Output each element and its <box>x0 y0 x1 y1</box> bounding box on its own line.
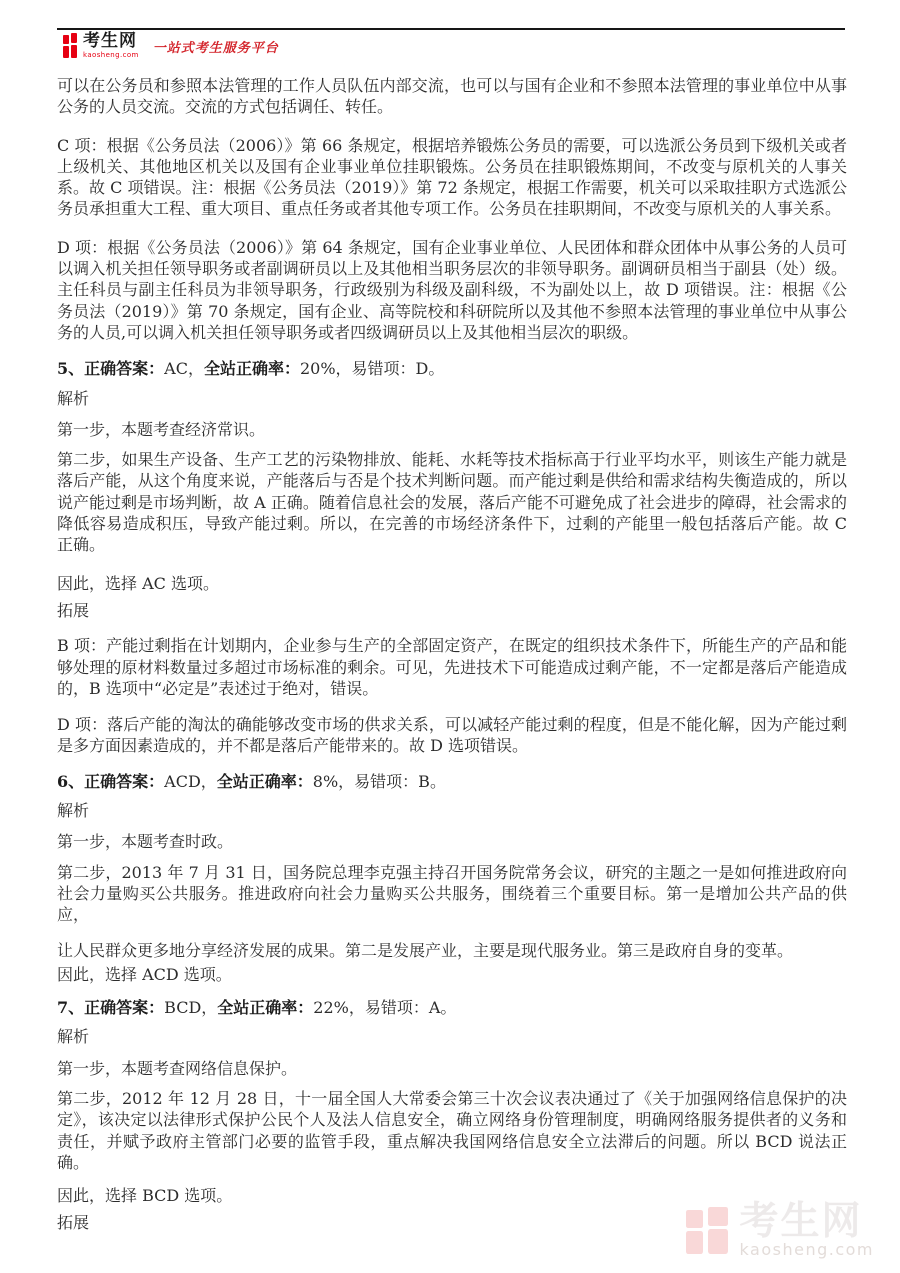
q6-answer-value: ACD， <box>164 772 217 791</box>
q6-rate-value: 8%，易错项：B。 <box>313 772 446 791</box>
q6-rate-label: 全站正确率： <box>217 772 313 791</box>
watermark-name: 考生网 <box>740 1204 874 1240</box>
q6-step1: 第一步，本题考查时政。 <box>57 831 847 852</box>
q7-step1: 第一步，本题考查网络信息保护。 <box>57 1058 847 1079</box>
header-divider <box>57 28 845 30</box>
kaosheng-watermark-logo-icon <box>686 1207 730 1257</box>
site-header: 考生网 kaosheng.com 一站式考生服务平台 <box>63 33 279 60</box>
q7-step2: 第二步，2012 年 12 月 28 日，十一届全国人大常委会第三十次会议表决通… <box>57 1088 847 1173</box>
q5-answer-line: 5、正确答案：AC，全站正确率：20%，易错项：D。 <box>57 358 847 379</box>
q7-rate-label: 全站正确率： <box>217 998 313 1017</box>
q5-rate-value: 20%，易错项：D。 <box>300 359 444 378</box>
q5-rate-label: 全站正确率： <box>204 359 300 378</box>
logo-tagline: 一站式考生服务平台 <box>153 42 279 56</box>
document-page: 考生网 kaosheng.com 一站式考生服务平台 可以在公务员和参照本法管理… <box>0 0 900 1273</box>
q6-answer-label: 6、正确答案： <box>57 772 164 791</box>
q5-answer-value: AC， <box>164 359 204 378</box>
q5-step2: 第二步，如果生产设备、生产工艺的污染物排放、能耗、水耗等技术指标高于行业平均水平… <box>57 449 847 555</box>
q6-step2: 第二步，2013 年 7 月 31 日，国务院总理李克强主持召开国务院常务会议，… <box>57 862 847 926</box>
q5-answer-label: 5、正确答案： <box>57 359 164 378</box>
q5-analysis-label: 解析 <box>57 388 847 409</box>
q7-answer-label: 7、正确答案： <box>57 998 164 1017</box>
logo-name: 考生网 <box>83 33 139 50</box>
q6-conclusion: 因此，选择 ACD 选项。 <box>57 964 847 985</box>
q7-analysis-label: 解析 <box>57 1026 847 1047</box>
document-body: 可以在公务员和参照本法管理的工作人员队伍内部交流，也可以与国有企业和不参照本法管… <box>57 62 847 1234</box>
q5-expand-item-b: B 项：产能过剩指在计划期内，企业参与生产的全部固定资产，在既定的组织技术条件下… <box>57 635 847 699</box>
q6-step2-continued: 让人民群众更多地分享经济发展的成果。第二是发展产业，主要是现代服务业。第三是政府… <box>57 940 847 961</box>
paragraph-item-c: C 项：根据《公务员法（2006）》第 66 条规定，根据培养锻炼公务员的需要，… <box>57 135 847 220</box>
q5-step1: 第一步，本题考查经济常识。 <box>57 419 847 440</box>
watermark-domain: kaosheng.com <box>740 1241 874 1259</box>
watermark-text: 考生网 kaosheng.com <box>740 1204 874 1259</box>
kaosheng-logo-icon <box>63 33 78 60</box>
q5-conclusion: 因此，选择 AC 选项。 <box>57 573 847 594</box>
q5-expand-label: 拓展 <box>57 600 847 621</box>
q7-rate-value: 22%，易错项：A。 <box>313 998 456 1017</box>
kaosheng-watermark: 考生网 kaosheng.com <box>686 1204 874 1259</box>
q6-answer-line: 6、正确答案：ACD，全站正确率：8%，易错项：B。 <box>57 771 847 792</box>
q6-analysis-label: 解析 <box>57 800 847 821</box>
paragraph-item-d: D 项：根据《公务员法（2006）》第 64 条规定，国有企业事业单位、人民团体… <box>57 237 847 343</box>
logo-text: 考生网 kaosheng.com <box>83 33 139 59</box>
paragraph-intro: 可以在公务员和参照本法管理的工作人员队伍内部交流，也可以与国有企业和不参照本法管… <box>57 75 847 118</box>
q7-answer-line: 7、正确答案：BCD，全站正确率：22%，易错项：A。 <box>57 997 847 1018</box>
logo-domain: kaosheng.com <box>83 51 139 59</box>
q5-expand-item-d: D 项：落后产能的淘汰的确能够改变市场的供求关系，可以减轻产能过剩的程度，但是不… <box>57 714 847 757</box>
q7-answer-value: BCD， <box>164 998 217 1017</box>
